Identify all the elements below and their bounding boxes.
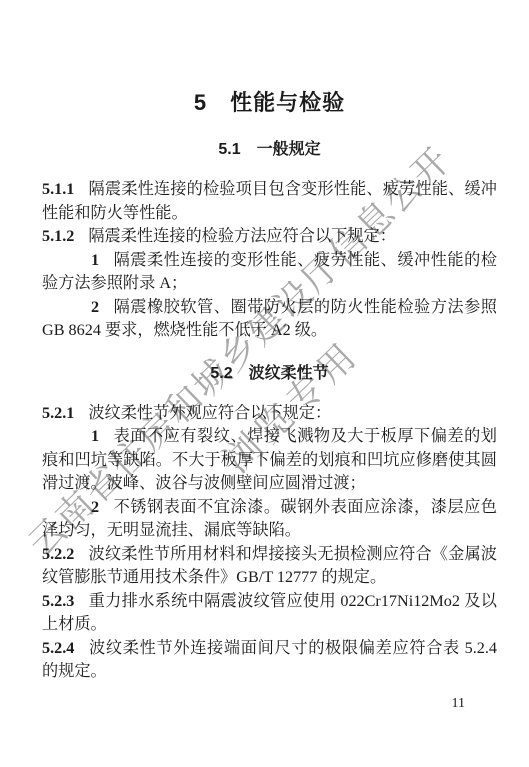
clause-5-2-1: 5.2.1波纹柔性节外观应符合以下规定： <box>42 402 497 426</box>
item-text: 隔震柔性连接的变形性能、疲劳性能、缓冲性能的检验方法参照附录 A； <box>42 251 497 293</box>
page-content: 5 性能与检验 5.1 一般规定 5.1.1隔震柔性连接的检验项目包含变形性能、… <box>42 0 497 684</box>
clause-number: 5.1.1 <box>42 180 74 198</box>
list-item-5-1-2-1: 1隔震柔性连接的变形性能、疲劳性能、缓冲性能的检验方法参照附录 A； <box>42 249 497 296</box>
item-text: 隔震橡胶软管、圈带防火层的防火性能检验方法参照 GB 8624 要求，燃烧性能不… <box>42 298 497 340</box>
clause-number: 5.2.3 <box>42 592 74 610</box>
chapter-heading: 5 性能与检验 <box>42 87 497 119</box>
clause-text: 波纹柔性节所用材料和焊接接头无损检测应符合《金属波纹管膨胀节通用技术条件》GB/… <box>42 545 497 587</box>
clause-number: 5.2.4 <box>42 639 74 657</box>
list-item-5-1-2-2: 2隔震橡胶软管、圈带防火层的防火性能检验方法参照 GB 8624 要求，燃烧性能… <box>42 296 497 343</box>
clause-5-2-4: 5.2.4波纹柔性节外连接端面间尺寸的极限偏差应符合表 5.2.4 的规定。 <box>42 637 497 684</box>
item-text: 表面不应有裂纹、焊接飞溅物及大于板厚下偏差的划痕和凹坑等缺陷。不大于板厚下偏差的… <box>42 427 497 492</box>
clause-text: 隔震柔性连接的检验项目包含变形性能、疲劳性能、缓冲性能和防火等性能。 <box>42 180 497 222</box>
document-page: 云南省住房和城乡建设厅信息公开 浏览专用 5 性能与检验 5.1 一般规定 5.… <box>0 0 529 767</box>
page-number: 11 <box>452 696 465 712</box>
clause-text: 波纹柔性节外观应符合以下规定： <box>88 404 331 422</box>
item-number: 1 <box>91 427 99 445</box>
clause-number: 5.1.2 <box>42 227 74 245</box>
section-heading-5-1: 5.1 一般规定 <box>42 138 497 162</box>
list-item-5-2-1-2: 2不锈钢表面不宜涂漆。碳钢外表面应涂漆，漆层应色泽均匀，无明显流挂、漏底等缺陷。 <box>42 496 497 543</box>
item-number: 2 <box>91 298 99 316</box>
item-text: 不锈钢表面不宜涂漆。碳钢外表面应涂漆，漆层应色泽均匀，无明显流挂、漏底等缺陷。 <box>42 498 497 540</box>
item-number: 1 <box>91 251 99 269</box>
clause-number: 5.2.2 <box>42 545 74 563</box>
clause-5-2-3: 5.2.3重力排水系统中隔震波纹管应使用 022Cr17Ni12Mo2 及以上材… <box>42 590 497 637</box>
clause-number: 5.2.1 <box>42 404 74 422</box>
item-number: 2 <box>91 498 99 516</box>
section-heading-5-2: 5.2 波纹柔性节 <box>42 362 497 386</box>
clause-5-1-1: 5.1.1隔震柔性连接的检验项目包含变形性能、疲劳性能、缓冲性能和防火等性能。 <box>42 178 497 225</box>
clause-text: 隔震柔性连接的检验方法应符合以下规定： <box>88 227 396 245</box>
clause-5-1-2: 5.1.2隔震柔性连接的检验方法应符合以下规定： <box>42 225 497 249</box>
list-item-5-2-1-1: 1表面不应有裂纹、焊接飞溅物及大于板厚下偏差的划痕和凹坑等缺陷。不大于板厚下偏差… <box>42 425 497 496</box>
clause-text: 重力排水系统中隔震波纹管应使用 022Cr17Ni12Mo2 及以上材质。 <box>42 592 497 634</box>
clause-5-2-2: 5.2.2波纹柔性节所用材料和焊接接头无损检测应符合《金属波纹管膨胀节通用技术条… <box>42 543 497 590</box>
clause-text: 波纹柔性节外连接端面间尺寸的极限偏差应符合表 5.2.4 的规定。 <box>42 639 497 681</box>
